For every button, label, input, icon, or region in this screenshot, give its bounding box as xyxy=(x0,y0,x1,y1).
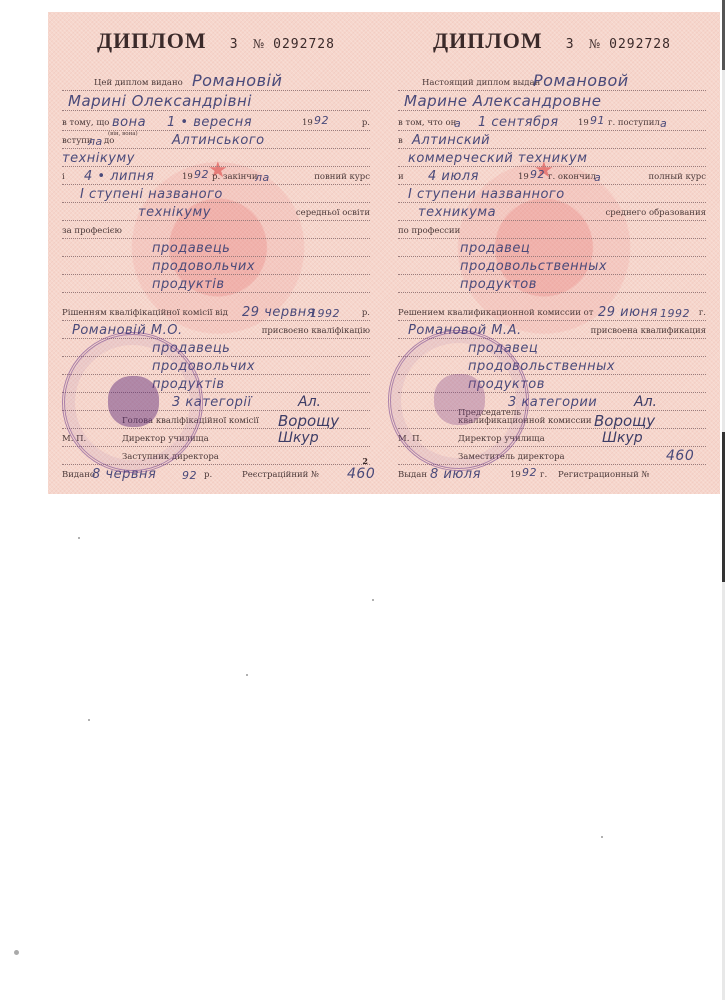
deputy-signature: Шкур xyxy=(602,430,643,446)
profession-line-2: продовольчих xyxy=(62,256,370,275)
diploma-number: 0292728 xyxy=(609,37,671,52)
enrollment-line: в том, что он а 1 сентября 19 91 г. пост… xyxy=(398,112,706,131)
profession-label-line: по профессии xyxy=(398,220,706,239)
scanner-edge xyxy=(722,0,725,1000)
diploma-sheet: ★ ДИПЛОМ З № 0292728 Цей диплом видано Р… xyxy=(48,12,720,494)
given-names-line: Марине Александровне xyxy=(398,92,706,111)
profession-line-3: продуктов xyxy=(398,274,706,293)
profession-line-2: продовольственных xyxy=(398,256,706,275)
given-names-line: Марині Олександрівні xyxy=(62,92,370,111)
scan-speck xyxy=(372,599,374,601)
completion-line: и 4 июля 19 92 г. окончил а полный курс xyxy=(398,166,706,185)
diploma-number: 0292728 xyxy=(273,37,335,52)
diploma-header: ДИПЛОМ З № 0292728 xyxy=(48,28,384,54)
scan-speck xyxy=(88,719,90,721)
number-sign: № xyxy=(589,37,600,51)
institution-line: технікуму xyxy=(62,148,370,167)
diploma-series: З xyxy=(566,37,574,52)
institution-line: коммерческий техникум xyxy=(398,148,706,167)
issued-to-line: Настоящий диплом выдан Романовой xyxy=(398,72,706,91)
coat-of-arms-icon xyxy=(434,374,485,425)
surname-handwritten: Романовой xyxy=(533,71,629,90)
profession-line-1: продавец xyxy=(398,238,706,257)
diploma-series: З xyxy=(230,37,238,52)
director-signature: Ворощу xyxy=(594,412,655,430)
director-signature: Ворощу xyxy=(278,412,339,430)
official-stamp xyxy=(388,330,529,471)
completion-line: і 4 • липня 19 92 р. закінчи ла повний к… xyxy=(62,166,370,185)
course-line: І ступени названного xyxy=(398,184,706,203)
page-number: 2 xyxy=(362,456,368,466)
scan-speck xyxy=(246,674,248,676)
given-names-handwritten: Марині Олександрівні xyxy=(68,92,252,110)
given-names-handwritten: Марине Александровне xyxy=(404,92,602,110)
profession-line-1: продавець xyxy=(62,238,370,257)
entered-line: вступи ла до Алтинського xyxy=(62,130,370,149)
decision-line: Рішенням кваліфікаційної комісії від 29 … xyxy=(62,302,370,321)
profession-label-line: за професією xyxy=(62,220,370,239)
course-level-line: техникума среднего образования xyxy=(398,202,706,221)
decision-line: Решением квалификационной комиссии от 29… xyxy=(398,302,706,321)
issued-to-line: Цей диплом видано Романовій xyxy=(62,72,370,91)
diploma-page-ukrainian: ★ ДИПЛОМ З № 0292728 Цей диплом видано Р… xyxy=(48,12,384,494)
chair-signature: Ал. xyxy=(298,394,321,410)
diploma-header: ДИПЛОМ З № 0292728 xyxy=(384,28,720,54)
course-level-line: технікуму середньої освіти xyxy=(62,202,370,221)
entered-line: в Алтинский xyxy=(398,130,706,149)
course-line: І ступені названого xyxy=(62,184,370,203)
registration-number: 460 xyxy=(347,466,375,482)
coat-of-arms-icon xyxy=(108,376,159,427)
diploma-title: ДИПЛОМ xyxy=(97,28,207,53)
scan-speck xyxy=(14,950,19,955)
official-stamp xyxy=(62,332,203,473)
chair-signature: Ал. xyxy=(634,394,657,410)
deputy-signature: Шкур xyxy=(278,430,319,446)
diploma-page-russian: ★ ДИПЛОМ З № 0292728 Настоящий диплом вы… xyxy=(384,12,720,494)
registration-number: 460 xyxy=(666,448,694,482)
number-sign: № xyxy=(253,37,264,51)
diploma-title: ДИПЛОМ xyxy=(433,28,543,53)
profession-line-3: продуктів xyxy=(62,274,370,293)
enrollment-line: в тому, що вона (він, вона) 1 • вересня … xyxy=(62,112,370,131)
surname-handwritten: Романовій xyxy=(192,71,282,90)
scan-speck xyxy=(78,537,80,539)
scan-speck xyxy=(601,836,603,838)
